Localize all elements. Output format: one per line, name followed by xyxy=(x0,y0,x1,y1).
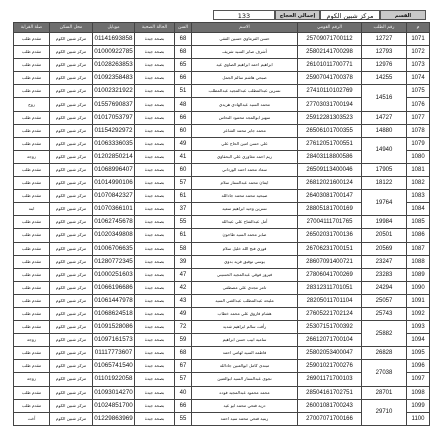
cell-age: 58 xyxy=(175,242,192,255)
cell-national-id: 25307151700392 xyxy=(298,321,362,334)
cell-mobile: 01002321922 xyxy=(93,85,135,98)
table-row: 10821812226812021600124ايمان محمد عبدالس… xyxy=(14,177,430,190)
cell-national-id: 26612071700104 xyxy=(298,334,362,347)
cell-request-no: 14727 xyxy=(362,111,407,124)
table-row: 10952682825802053400047فاطمه السيد لهامي… xyxy=(14,347,430,360)
cell-age: 49 xyxy=(175,307,192,320)
cell-index: 1080 xyxy=(407,150,430,163)
cell-national-id: 27806041700269 xyxy=(298,268,362,281)
cell-name: سامية ابيب حسن ابراهيم xyxy=(192,334,298,347)
cell-request-no: 14516 xyxy=(362,85,407,111)
cell-mobile: 01061447978 xyxy=(93,294,135,307)
table-row: 10751451627410110102769نسرين عبدالمطلب ع… xyxy=(14,85,430,98)
cell-health: بصحة جيدة xyxy=(135,294,175,307)
cell-residence: مركز شبين الكوم xyxy=(50,98,93,111)
table-row: 10771472725912281303523سهير ابوالمجد محم… xyxy=(14,111,430,124)
cell-age: 68 xyxy=(175,46,192,59)
cell-mobile: 01154292972 xyxy=(93,124,135,137)
table-row: 10721279325802141700298أشرف صابر السيد ش… xyxy=(14,46,430,59)
cell-mobile: 01006706635 xyxy=(93,242,135,255)
cell-request-no: 12727 xyxy=(362,33,407,46)
cell-request-no: 29710 xyxy=(362,399,407,425)
cell-health: بصحة جيدة xyxy=(135,242,175,255)
cell-national-id: 25802141700298 xyxy=(298,46,362,59)
cell-national-id: 28312311701051 xyxy=(298,281,362,294)
cell-national-id: 28805181700169 xyxy=(298,203,362,216)
cell-age: 49 xyxy=(175,137,192,150)
table-row: 10992971026001081700243دريه فتحي محمد اب… xyxy=(14,399,430,412)
table-row: 10902429428312311701051تامر مجدي علي مصط… xyxy=(14,281,430,294)
cell-national-id: 26509113400046 xyxy=(298,163,362,176)
cell-national-id: 25709071700112 xyxy=(298,33,362,46)
cell-relation: مقدم طلب xyxy=(14,294,50,307)
cell-name: تامر مجدي علي مصطفى xyxy=(192,281,298,294)
cell-mobile: 01063336035 xyxy=(93,137,135,150)
cell-residence: مركز شبين الكوم xyxy=(50,307,93,320)
cell-age: 47 xyxy=(175,268,192,281)
cell-relation: مقدم طلب xyxy=(14,124,50,137)
cell-relation: مقدم طلب xyxy=(14,137,50,150)
total-label: إجمالي الحجاج xyxy=(275,10,320,20)
cell-name: علي حسن امين الحاج علي xyxy=(192,137,298,150)
cell-index: 1098 xyxy=(407,386,430,399)
cell-name: أمل عبدالفتاح علي عبدالله xyxy=(192,216,298,229)
cell-relation: مقدم طلب xyxy=(14,59,50,72)
cell-index: 1097 xyxy=(407,373,430,386)
cell-health: بصحة جيدة xyxy=(135,59,175,72)
cell-relation: مقدم طلب xyxy=(14,281,50,294)
cell-mobile: 01068624518 xyxy=(93,307,135,320)
cell-mobile: 01202850214 xyxy=(93,150,135,163)
table-row: 10872056926706231700151فوزي فتح الله خلي… xyxy=(14,242,430,255)
cell-relation: مقدم طلب xyxy=(14,360,50,373)
cell-index: 1086 xyxy=(407,229,430,242)
table-body: 10711272725709071700112حسن الفرماوي حسين… xyxy=(14,33,430,426)
cell-relation: مقدم طلب xyxy=(14,177,50,190)
cell-name: دريه فتحي محمد ابو عيد xyxy=(192,399,298,412)
cell-health: بصحة جيدة xyxy=(135,203,175,216)
cell-national-id: 26403081700147 xyxy=(298,190,362,203)
cell-mobile: 01117773607 xyxy=(93,347,135,360)
cell-relation: مقدم طلب xyxy=(14,399,50,412)
cell-national-id: 26502031700136 xyxy=(298,229,362,242)
cell-health: بصحة جيدة xyxy=(135,137,175,150)
cell-residence: مركز شبين الكوم xyxy=(50,190,93,203)
cell-index: 1087 xyxy=(407,242,430,255)
cell-mobile: 01097161573 xyxy=(93,334,135,347)
cell-health: بصحة جيدة xyxy=(135,281,175,294)
cell-age: 61 xyxy=(175,229,192,242)
cell-residence: مركز شبين الكوم xyxy=(50,137,93,150)
cell-relation: مقدم طلب xyxy=(14,216,50,229)
cell-request-no: 12976 xyxy=(362,59,407,72)
cell-mobile: 01070366101 xyxy=(93,203,135,216)
cell-age: 68 xyxy=(175,347,192,360)
cell-request-no: 25057 xyxy=(362,294,407,307)
cell-residence: مركز شبين الكوم xyxy=(50,46,93,59)
cell-residence: مركز شبين الكوم xyxy=(50,59,93,72)
cell-name: يوسي توفيق فريد بدوي xyxy=(192,255,298,268)
cell-mobile: 01092358483 xyxy=(93,72,135,85)
cell-index: 1071 xyxy=(407,33,430,46)
cell-age: 43 xyxy=(175,294,192,307)
cell-mobile: 01280772345 xyxy=(93,255,135,268)
cell-health: بصحة جيدة xyxy=(135,321,175,334)
cell-age: 48 xyxy=(175,98,192,111)
cell-name: نجوى عبدالستار السيد ابوالعنين xyxy=(192,373,298,386)
cell-national-id: 27004111701765 xyxy=(298,216,362,229)
cell-health: بصحة جيدة xyxy=(135,216,175,229)
cell-mobile: 01000922785 xyxy=(93,46,135,59)
cell-name: مبتدى كامل ابوالعنين جادالله xyxy=(192,360,298,373)
pilgrims-table: م رقم الطلب الرقم القومي الاسم السن الحا… xyxy=(13,22,430,426)
cell-mobile: 01101922058 xyxy=(93,373,135,386)
cell-health: بصحة جيدة xyxy=(135,98,175,111)
cell-name: صابر محمد السيد طاحون xyxy=(192,229,298,242)
cell-health: بصحة جيدة xyxy=(135,373,175,386)
cell-age: 42 xyxy=(175,281,192,294)
cell-index: 1099 xyxy=(407,399,430,412)
cell-health: بصحة جيدة xyxy=(135,347,175,360)
table-header-row: م رقم الطلب الرقم القومي الاسم السن الحا… xyxy=(14,23,430,33)
table-row: 10912505728205011701104مليحه عبدالمطلب ع… xyxy=(14,294,430,307)
table-row: 10962703825901021700276مبتدى كامل ابوالع… xyxy=(14,360,430,373)
cell-request-no: 17905 xyxy=(362,163,407,176)
cell-relation: زوجة xyxy=(14,334,50,347)
cell-health: بصحة جيدة xyxy=(135,334,175,347)
cell-health: بصحة جيدة xyxy=(135,163,175,176)
cell-national-id: 26101011700771 xyxy=(298,59,362,72)
table-row: 10831976426403081700147صبحيه محمد محمد ج… xyxy=(14,190,430,203)
cell-request-no: 23247 xyxy=(362,255,407,268)
cell-relation: مقدم طلب xyxy=(14,255,50,268)
cell-health: بصحة جيدة xyxy=(135,229,175,242)
cell-name: محمد محمود عبدالمجيد فوده xyxy=(192,386,298,399)
col-header-name: الاسم xyxy=(192,23,298,33)
cell-mobile: 01068996407 xyxy=(93,163,135,176)
table-row: 10731297626101011700771ابراهيم احمد ابرا… xyxy=(14,59,430,72)
cell-age: 40 xyxy=(175,386,192,399)
cell-mobile: 01229863969 xyxy=(93,412,135,425)
table-row: 10862050126502031700136صابر محمد السيد ط… xyxy=(14,229,430,242)
table-row: 10892328327806041700269فيروز فوقي عبدالم… xyxy=(14,268,430,281)
cell-request-no: 14940 xyxy=(362,137,407,163)
table-row: 10851998427004111701765أمل عبدالفتاح علي… xyxy=(14,216,430,229)
cell-name: أشرف صابر السيد شريف xyxy=(192,46,298,59)
cell-name: ريم احمد مغاوري علي البحقاوي xyxy=(192,150,298,163)
cell-mobile: 01014990106 xyxy=(93,177,135,190)
cell-relation: زوج xyxy=(14,98,50,111)
cell-residence: مركز شبين الكوم xyxy=(50,255,93,268)
cell-national-id: 25912281303523 xyxy=(298,111,362,124)
cell-index: 1088 xyxy=(407,255,430,268)
cell-index: 1079 xyxy=(407,137,430,150)
cell-mobile: 01065741540 xyxy=(93,360,135,373)
cell-age: 72 xyxy=(175,321,192,334)
cell-name: زينيه فتحي محمد سيد احمد xyxy=(192,412,298,425)
cell-index: 1093 xyxy=(407,321,430,334)
summary-bar: القسم مركز شبين الكوم إجمالي الحجاج 133 xyxy=(213,10,426,21)
cell-health: بصحة جيدة xyxy=(135,386,175,399)
cell-health: بصحة جيدة xyxy=(135,85,175,98)
cell-residence: مركز شبين الكوم xyxy=(50,216,93,229)
cell-residence: مركز شبين الكوم xyxy=(50,294,93,307)
cell-residence: مركز شبين الكوم xyxy=(50,111,93,124)
cell-residence: مركز شبين الكوم xyxy=(50,177,93,190)
cell-index: 1084 xyxy=(407,203,430,216)
cell-health: بصحة جيدة xyxy=(135,72,175,85)
cell-age: 37 xyxy=(175,203,192,216)
col-header-residence: محل السكن xyxy=(50,23,93,33)
cell-relation: مقدم طلب xyxy=(14,111,50,124)
col-header-index: م xyxy=(407,23,430,33)
cell-request-no: 25743 xyxy=(362,307,407,320)
cell-index: 1094 xyxy=(407,334,430,347)
cell-health: بصحة جيدة xyxy=(135,150,175,163)
cell-index: 1075 xyxy=(407,85,430,98)
cell-request-no: 27038 xyxy=(362,360,407,386)
cell-health: بصحة جيدة xyxy=(135,307,175,320)
cell-index: 1072 xyxy=(407,46,430,59)
cell-residence: مركز شبين الكوم xyxy=(50,399,93,412)
cell-index: 1091 xyxy=(407,294,430,307)
cell-relation: مقدم طلب xyxy=(14,163,50,176)
cell-age: 66 xyxy=(175,72,192,85)
cell-name: فيروز فوقي عبدالمجيد الحسيني xyxy=(192,268,298,281)
cell-relation: مقدم طلب xyxy=(14,229,50,242)
cell-request-no: 18122 xyxy=(362,177,407,190)
cell-index: 1095 xyxy=(407,347,430,360)
col-header-request-no: رقم الطلب xyxy=(362,23,407,33)
table-row: 10882324728607091400721يوسي توفيق فريد ب… xyxy=(14,255,430,268)
cell-mobile: 01070842327 xyxy=(93,190,135,203)
cell-age: 55 xyxy=(175,216,192,229)
cell-age: 39 xyxy=(175,255,192,268)
cell-residence: مركز شبين الكوم xyxy=(50,85,93,98)
cell-age: 57 xyxy=(175,373,192,386)
cell-index: 1076 xyxy=(407,98,430,111)
cell-residence: مركز شبين الكوم xyxy=(50,281,93,294)
cell-residence: مركز شبين الكوم xyxy=(50,203,93,216)
cell-health: بصحة جيدة xyxy=(135,255,175,268)
cell-index: 1081 xyxy=(407,163,430,176)
cell-name: محمد جابر محمد الشاعر xyxy=(192,124,298,137)
cell-national-id: 27612051700551 xyxy=(298,137,362,150)
cell-health: بصحة جيدة xyxy=(135,268,175,281)
section-value: مركز شبين الكوم xyxy=(320,10,380,20)
table-row: 10781488026506101700355محمد جابر محمد ال… xyxy=(14,124,430,137)
cell-national-id: 28205011701104 xyxy=(298,294,362,307)
cell-request-no: 14255 xyxy=(362,72,407,85)
cell-name: هشام فاروق علي محمد خطاب xyxy=(192,307,298,320)
total-value: 133 xyxy=(213,10,275,20)
table-row: 10791494027612051700551علي حسن امين الحا… xyxy=(14,137,430,150)
cell-index: 1096 xyxy=(407,360,430,373)
cell-index: 1083 xyxy=(407,190,430,203)
col-header-mobile: موبايل xyxy=(93,23,135,33)
cell-national-id: 28403118800586 xyxy=(298,150,362,163)
table-row: 10811790526509113400046سعاد محمد احمد ال… xyxy=(14,163,430,176)
cell-residence: مركز شبين الكوم xyxy=(50,150,93,163)
cell-national-id: 28607091400721 xyxy=(298,255,362,268)
cell-name: سهير ابوالمجد محمود النحاس xyxy=(192,111,298,124)
cell-name: ايمان محمد عبدالستار سلام xyxy=(192,177,298,190)
cell-residence: مركز شبين الكوم xyxy=(50,347,93,360)
cell-mobile: 01020349808 xyxy=(93,229,135,242)
cell-relation: مقدم طلب xyxy=(14,85,50,98)
cell-age: 66 xyxy=(175,399,192,412)
cell-age: 67 xyxy=(175,360,192,373)
cell-mobile: 01091528086 xyxy=(93,321,135,334)
cell-mobile: 01000251603 xyxy=(93,268,135,281)
cell-index: 1090 xyxy=(407,281,430,294)
cell-index: 1073 xyxy=(407,59,430,72)
cell-request-no: 20501 xyxy=(362,229,407,242)
cell-relation: مقدم طلب xyxy=(14,33,50,46)
cell-index: 1078 xyxy=(407,124,430,137)
table-row: 10741425525907041700378صبحي هاشم سالم ال… xyxy=(14,72,430,85)
cell-mobile: 01028263853 xyxy=(93,59,135,72)
cell-index: 1077 xyxy=(407,111,430,124)
cell-age: 41 xyxy=(175,150,192,163)
cell-index: 1092 xyxy=(407,307,430,320)
table-row: 10932588225307151700392رأفت سالم ابراهيم… xyxy=(14,321,430,334)
col-header-relation: صلة القرابة xyxy=(14,23,50,33)
cell-residence: مركز شبين الكوم xyxy=(50,268,93,281)
cell-residence: مركز شبين الكوم xyxy=(50,412,93,425)
cell-name: ابراهيم احمد ابراهيم الصاوي عيد xyxy=(192,59,298,72)
cell-relation: مقدم طلب xyxy=(14,321,50,334)
cell-relation: ابنه xyxy=(14,203,50,216)
cell-mobile: 01066196686 xyxy=(93,281,135,294)
cell-residence: مركز شبين الكوم xyxy=(50,163,93,176)
table-row: 10982870128504161702751محمد محمود عبدالم… xyxy=(14,386,430,399)
cell-relation: مقدم طلب xyxy=(14,46,50,59)
cell-relation: مقدم طلب xyxy=(14,190,50,203)
cell-mobile: 01093014270 xyxy=(93,386,135,399)
cell-national-id: 25802053400047 xyxy=(298,347,362,360)
cell-age: 60 xyxy=(175,163,192,176)
cell-relation: زوجة xyxy=(14,373,50,386)
cell-age: 57 xyxy=(175,177,192,190)
cell-request-no: 12793 xyxy=(362,46,407,59)
cell-name: صبحي هاشم سالم الجمل xyxy=(192,72,298,85)
cell-residence: مركز شبين الكوم xyxy=(50,360,93,373)
cell-health: بصحة جيدة xyxy=(135,124,175,137)
cell-national-id: 27007071700166 xyxy=(298,412,362,425)
cell-national-id: 26001081700243 xyxy=(298,399,362,412)
cell-index: 1082 xyxy=(407,177,430,190)
cell-request-no: 20569 xyxy=(362,242,407,255)
cell-request-no: 19764 xyxy=(362,190,407,216)
cell-residence: مركز شبين الكوم xyxy=(50,373,93,386)
cell-request-no: 14880 xyxy=(362,124,407,137)
cell-mobile: 01024851700 xyxy=(93,399,135,412)
col-header-national-id: الرقم القومي xyxy=(298,23,362,33)
cell-mobile: 01017053797 xyxy=(93,111,135,124)
cell-name: فاطمه السيد لهامي احمد xyxy=(192,347,298,360)
cell-age: 68 xyxy=(175,33,192,46)
cell-request-no: 19984 xyxy=(362,216,407,229)
cell-residence: مركز شبين الكوم xyxy=(50,242,93,255)
cell-residence: مركز شبين الكوم xyxy=(50,33,93,46)
cell-national-id: 26506101700355 xyxy=(298,124,362,137)
cell-age: 55 xyxy=(175,412,192,425)
cell-national-id: 27703031700194 xyxy=(298,98,362,111)
cell-request-no: 24294 xyxy=(362,281,407,294)
col-header-health: الحالة الصحية xyxy=(135,23,175,33)
cell-age: 60 xyxy=(175,124,192,137)
cell-national-id: 28504161702751 xyxy=(298,386,362,399)
section-label: القسم xyxy=(380,10,426,20)
cell-residence: مركز شبين الكوم xyxy=(50,72,93,85)
cell-request-no: 28701 xyxy=(362,386,407,399)
cell-request-no: 23283 xyxy=(362,268,407,281)
cell-age: 61 xyxy=(175,190,192,203)
cell-national-id: 26812021600124 xyxy=(298,177,362,190)
cell-residence: مركز شبين الكوم xyxy=(50,334,93,347)
cell-age: 51 xyxy=(175,85,192,98)
table-row: 10711272725709071700112حسن الفرماوي حسين… xyxy=(14,33,430,46)
cell-relation: مقدم طلب xyxy=(14,242,50,255)
cell-relation: أخت xyxy=(14,412,50,425)
cell-relation: مقدم طلب xyxy=(14,268,50,281)
cell-national-id: 25907041700378 xyxy=(298,72,362,85)
cell-index: 1085 xyxy=(407,216,430,229)
cell-relation: مقدم طلب xyxy=(14,307,50,320)
cell-name: رأفت سالم ابراهيم شديد xyxy=(192,321,298,334)
cell-health: بصحة جيدة xyxy=(135,177,175,190)
cell-residence: مركز شبين الكوم xyxy=(50,124,93,137)
cell-index: 1074 xyxy=(407,72,430,85)
cell-residence: مركز شبين الكوم xyxy=(50,321,93,334)
cell-name: مليحه عبدالمطلب عبدالغني السيد xyxy=(192,294,298,307)
cell-name: نسرين عبدالمطلب عبدالمجيد عبدالمطلب xyxy=(192,85,298,98)
cell-national-id: 27605221702124 xyxy=(298,307,362,320)
cell-health: بصحة جيدة xyxy=(135,399,175,412)
cell-name: نسرين وحيد ابراهيم سعيد xyxy=(192,203,298,216)
cell-relation: مقدم طلب xyxy=(14,347,50,360)
cell-relation: مقدم طلب xyxy=(14,386,50,399)
cell-name: سعاد محمد احمد الورداني xyxy=(192,163,298,176)
cell-mobile: 01141693858 xyxy=(93,33,135,46)
cell-health: بصحة جيدة xyxy=(135,190,175,203)
cell-national-id: 26901171700103 xyxy=(298,373,362,386)
cell-mobile: 01557690837 xyxy=(93,98,135,111)
cell-health: بصحة جيدة xyxy=(135,111,175,124)
cell-index: 1089 xyxy=(407,268,430,281)
cell-name: محمد السيد عبدالهادي هريدي xyxy=(192,98,298,111)
table-row: 10922574327605221702124هشام فاروق علي مح… xyxy=(14,307,430,320)
cell-index: 1100 xyxy=(407,412,430,425)
cell-health: بصحة جيدة xyxy=(135,360,175,373)
cell-relation: زوجة xyxy=(14,150,50,163)
col-header-age: السن xyxy=(175,23,192,33)
cell-residence: مركز شبين الكوم xyxy=(50,229,93,242)
cell-request-no: 25882 xyxy=(362,321,407,347)
cell-relation: مقدم طلب xyxy=(14,72,50,85)
cell-mobile: 01062745678 xyxy=(93,216,135,229)
cell-request-no: 26828 xyxy=(362,347,407,360)
cell-national-id: 25901021700276 xyxy=(298,360,362,373)
cell-name: فوزي فتح الله خليل سلام xyxy=(192,242,298,255)
cell-residence: مركز شبين الكوم xyxy=(50,386,93,399)
cell-name: صبحيه محمد محمد جادالله xyxy=(192,190,298,203)
cell-age: 59 xyxy=(175,334,192,347)
cell-health: بصحة جيدة xyxy=(135,412,175,425)
cell-health: بصحة جيدة xyxy=(135,46,175,59)
cell-age: 66 xyxy=(175,111,192,124)
